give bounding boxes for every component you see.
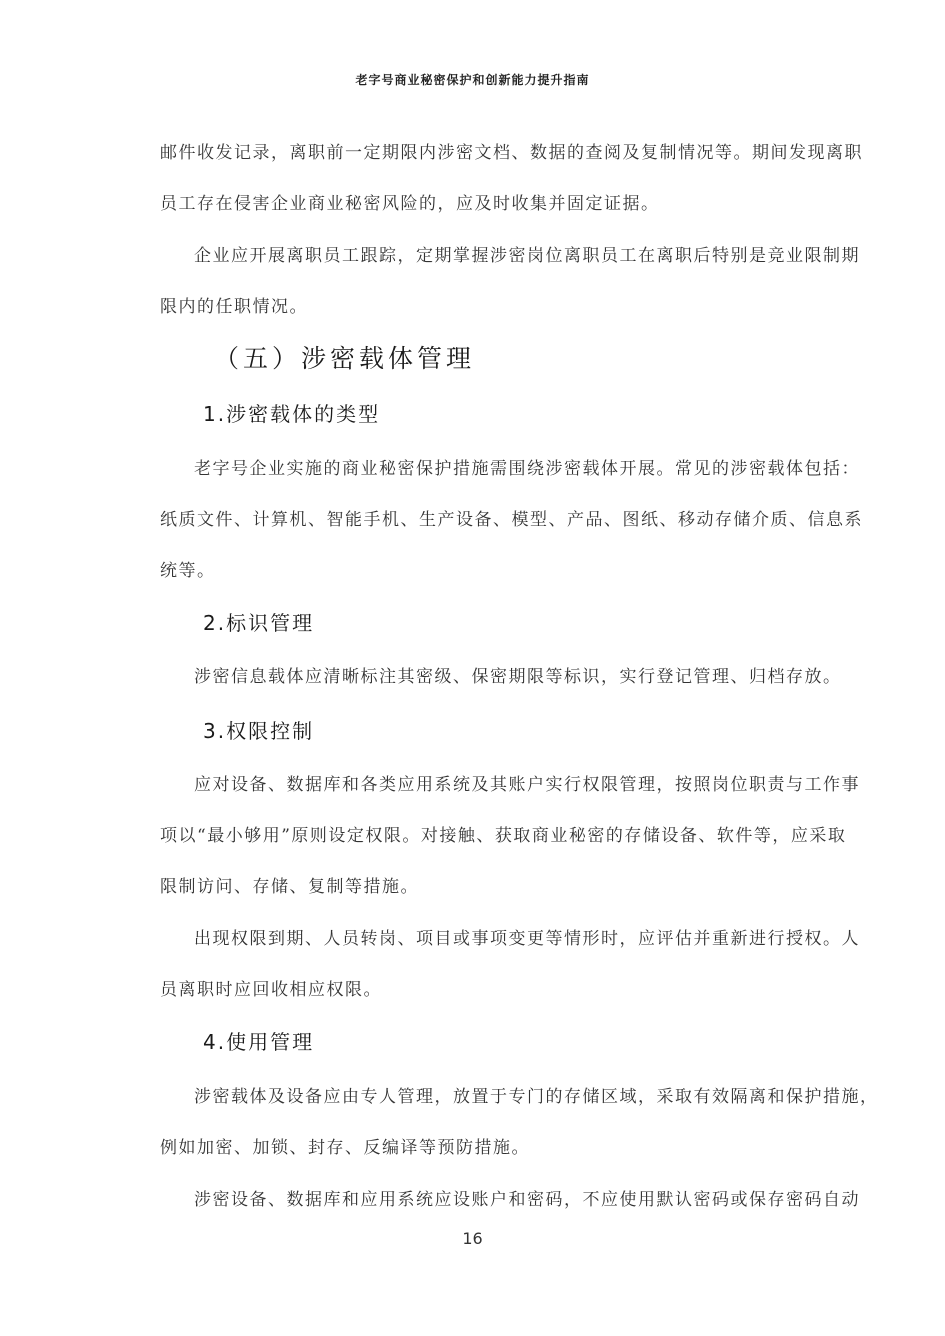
subsection-heading-carrier-types: 1.涉密载体的类型	[203, 400, 380, 428]
text-line: 限制访问、存储、复制等措施。	[160, 875, 820, 899]
subsection-heading-usage: 4.使用管理	[203, 1028, 314, 1056]
text-line: 涉密载体及设备应由专人管理，放置于专门的存储区域，采取有效隔离和保护措施，	[194, 1085, 820, 1109]
text-line: 邮件收发记录，离职前一定期限内涉密文档、数据的查阅及复制情况等。期间发现离职	[160, 141, 820, 165]
text-line: 例如加密、加锁、封存、反编译等预防措施。	[160, 1136, 820, 1160]
text-line: 出现权限到期、人员转岗、项目或事项变更等情形时，应评估并重新进行授权。人	[194, 927, 820, 951]
text-line: 企业应开展离职员工跟踪，定期掌握涉密岗位离职员工在离职后特别是竞业限制期	[194, 244, 820, 268]
text-line: 统等。	[160, 559, 820, 583]
subsection-heading-access-control: 3.权限控制	[203, 717, 314, 745]
running-header: 老字号商业秘密保护和创新能力提升指南	[0, 71, 945, 88]
text-line: 涉密设备、数据库和应用系统应设账户和密码，不应使用默认密码或保存密码自动	[194, 1188, 820, 1212]
text-line: 员工存在侵害企业商业秘密风险的，应及时收集并固定证据。	[160, 192, 820, 216]
text-line: 应对设备、数据库和各类应用系统及其账户实行权限管理，按照岗位职责与工作事	[194, 773, 820, 797]
subsection-heading-marking: 2.标识管理	[203, 609, 314, 637]
text-line: 涉密信息载体应清晰标注其密级、保密期限等标识，实行登记管理、归档存放。	[194, 665, 820, 689]
text-line: 纸质文件、计算机、智能手机、生产设备、模型、产品、图纸、移动存储介质、信息系	[160, 508, 820, 532]
text-line: 员离职时应回收相应权限。	[160, 978, 820, 1002]
page-number: 16	[0, 1229, 945, 1248]
section-heading: （五）涉密载体管理	[214, 343, 475, 375]
text-line: 限内的任职情况。	[160, 295, 820, 319]
text-line: 老字号企业实施的商业秘密保护措施需围绕涉密载体开展。常见的涉密载体包括：	[194, 457, 820, 481]
text-line: 项以“最小够用”原则设定权限。对接触、获取商业秘密的存储设备、软件等，应采取	[160, 824, 820, 848]
